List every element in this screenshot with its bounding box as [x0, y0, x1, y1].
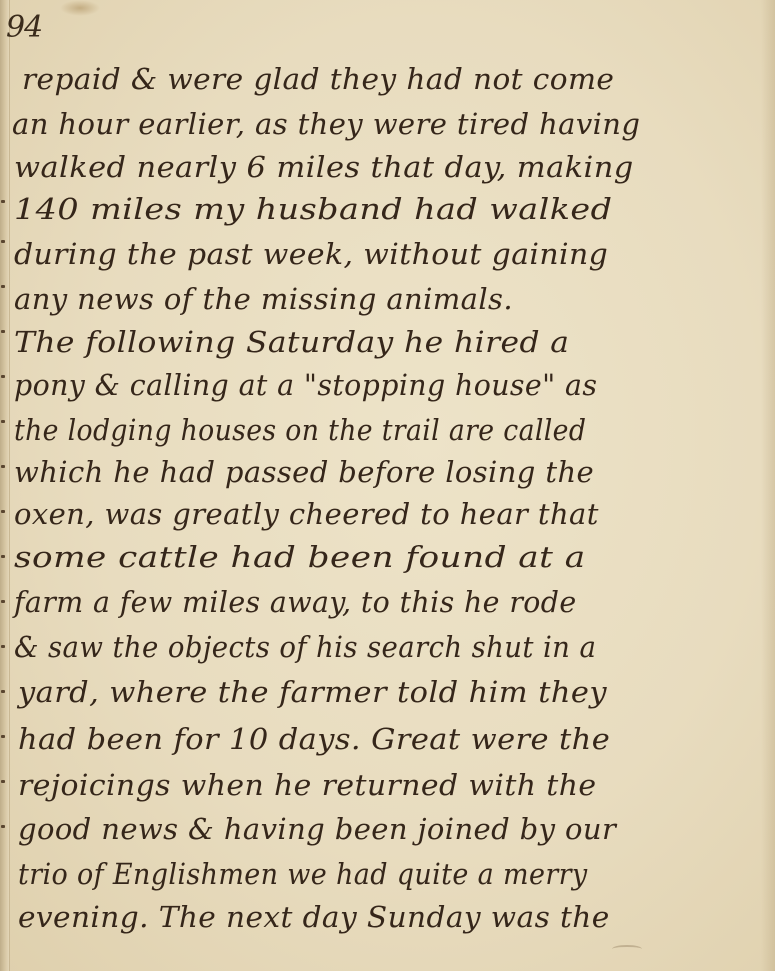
text-line-10: which he had passed before losing the [14, 455, 594, 489]
page-number: 94 [6, 10, 42, 45]
text-line-13: farm a few miles away, to this he rode [14, 585, 577, 619]
text-line-20: evening. The next day Sunday was the [18, 900, 610, 934]
facing-page-ink-marks [1, 200, 7, 860]
text-line-12: some cattle had been found at a [14, 540, 586, 574]
paper-stain [60, 0, 100, 16]
text-line-18: good news & having been joined by our [18, 812, 616, 846]
text-line-11: oxen, was greatly cheered to hear that [14, 497, 599, 531]
text-line-6: any news of the missing animals. [14, 282, 513, 316]
page-edge-shadow [761, 0, 775, 971]
text-line-8: pony & calling at a "stopping house" as [14, 368, 597, 402]
text-line-7: The following Saturday he hired a [14, 325, 569, 359]
text-line-5: during the past week, without gaining [14, 237, 608, 271]
text-line-19: trio of Englishmen we had quite a merry [18, 857, 587, 891]
paper-mark [612, 945, 642, 953]
text-line-15: yard, where the farmer told him they [18, 675, 607, 709]
text-line-4: 140 miles my husband had walked [14, 192, 612, 226]
text-line-2: an hour earlier, as they were tired havi… [12, 107, 640, 141]
text-line-14: & saw the objects of his search shut in … [14, 630, 596, 664]
text-line-3: walked nearly 6 miles that day, making [14, 150, 634, 184]
manuscript-page: 94 repaid & were glad they had not come … [0, 0, 775, 971]
text-line-1: repaid & were glad they had not come [22, 62, 614, 96]
text-line-16: had been for 10 days. Great were the [18, 722, 610, 756]
text-line-9: the lodging houses on the trail are call… [14, 413, 586, 447]
text-line-17: rejoicings when he returned with the [18, 768, 596, 802]
